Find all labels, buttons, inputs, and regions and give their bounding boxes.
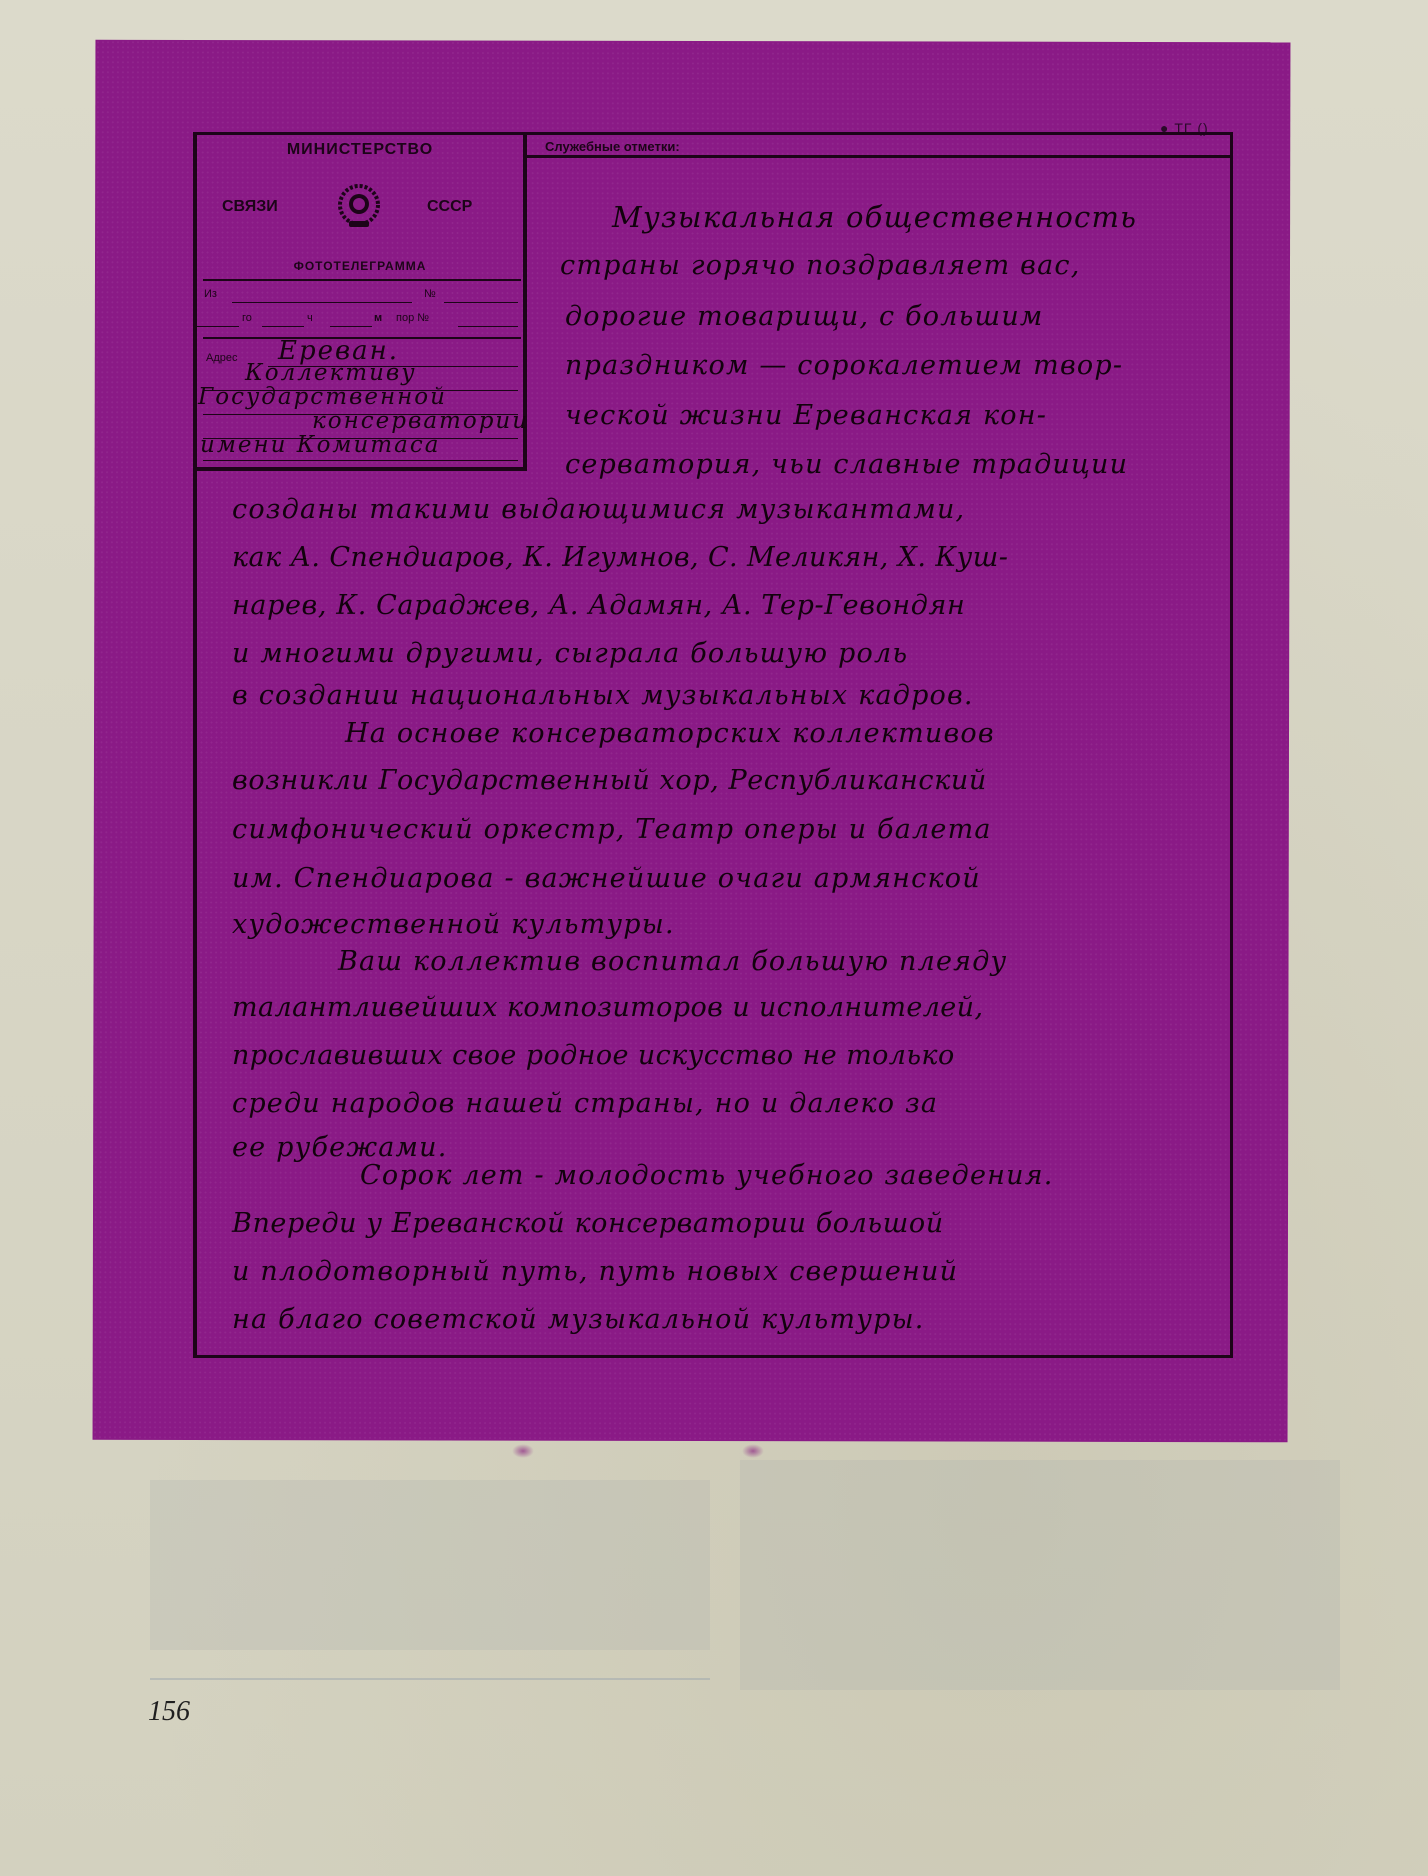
message-line: в создании национальных музыкальных кадр…	[232, 680, 974, 711]
message-line: среди народов нашей страны, но и далеко …	[232, 1088, 938, 1119]
message-line: Музыкальная общественность	[612, 200, 1137, 234]
message-line: художественной культуры.	[232, 909, 675, 940]
message-line: и плодотворный путь, путь новых свершени…	[232, 1256, 958, 1287]
message-line: им. Спендиарова - важнейшие очаги армянс…	[232, 863, 981, 894]
message-line: страны горячо поздравляет вас,	[560, 250, 1080, 281]
message-line: праздником — сорокалетием твор-	[565, 350, 1123, 381]
message-line: На основе консерваторских коллективов	[345, 718, 995, 749]
message-line: дорогие товарищи, с большим	[565, 301, 1044, 332]
message-line: симфонический оркестр, Театр оперы и бал…	[232, 814, 992, 845]
page-number: 156	[148, 1696, 190, 1728]
bleed-through-text-right	[740, 1460, 1340, 1690]
message-line: на благо советской музыкальной культуры.	[232, 1304, 925, 1335]
message-line: Сорок лет - молодость учебного заведения…	[360, 1160, 1054, 1191]
bleed-through-rule	[150, 1678, 710, 1680]
bleed-through-text-left	[150, 1480, 710, 1650]
message-line: и многими другими, сыграла большую роль	[232, 638, 908, 669]
message-line: прославивших свое родное искусство не то…	[232, 1040, 955, 1071]
message-line: талантливейших композиторов и исполнител…	[232, 992, 983, 1023]
message-line: нарев, К. Сараджев, А. Адамян, А. Тер-Ге…	[232, 590, 965, 621]
message-body: Музыкальная общественность страны горячо…	[0, 0, 1428, 1400]
message-line: ческой жизни Ереванская кон-	[565, 400, 1047, 431]
message-line: ее рубежами.	[232, 1132, 448, 1163]
message-line: созданы такими выдающимися музыкантами,	[232, 494, 965, 525]
message-line: серватория, чьи славные традиции	[565, 449, 1128, 480]
ink-smudge	[512, 1444, 534, 1458]
message-line: Ваш коллектив воспитал большую плеяду	[338, 946, 1007, 977]
ink-smudge	[742, 1444, 764, 1458]
message-line: возникли Государственный хор, Республика…	[232, 765, 987, 796]
message-line: Впереди у Ереванской консерватории больш…	[232, 1208, 944, 1239]
message-line: как А. Спендиаров, К. Игумнов, С. Меликя…	[232, 542, 1008, 573]
